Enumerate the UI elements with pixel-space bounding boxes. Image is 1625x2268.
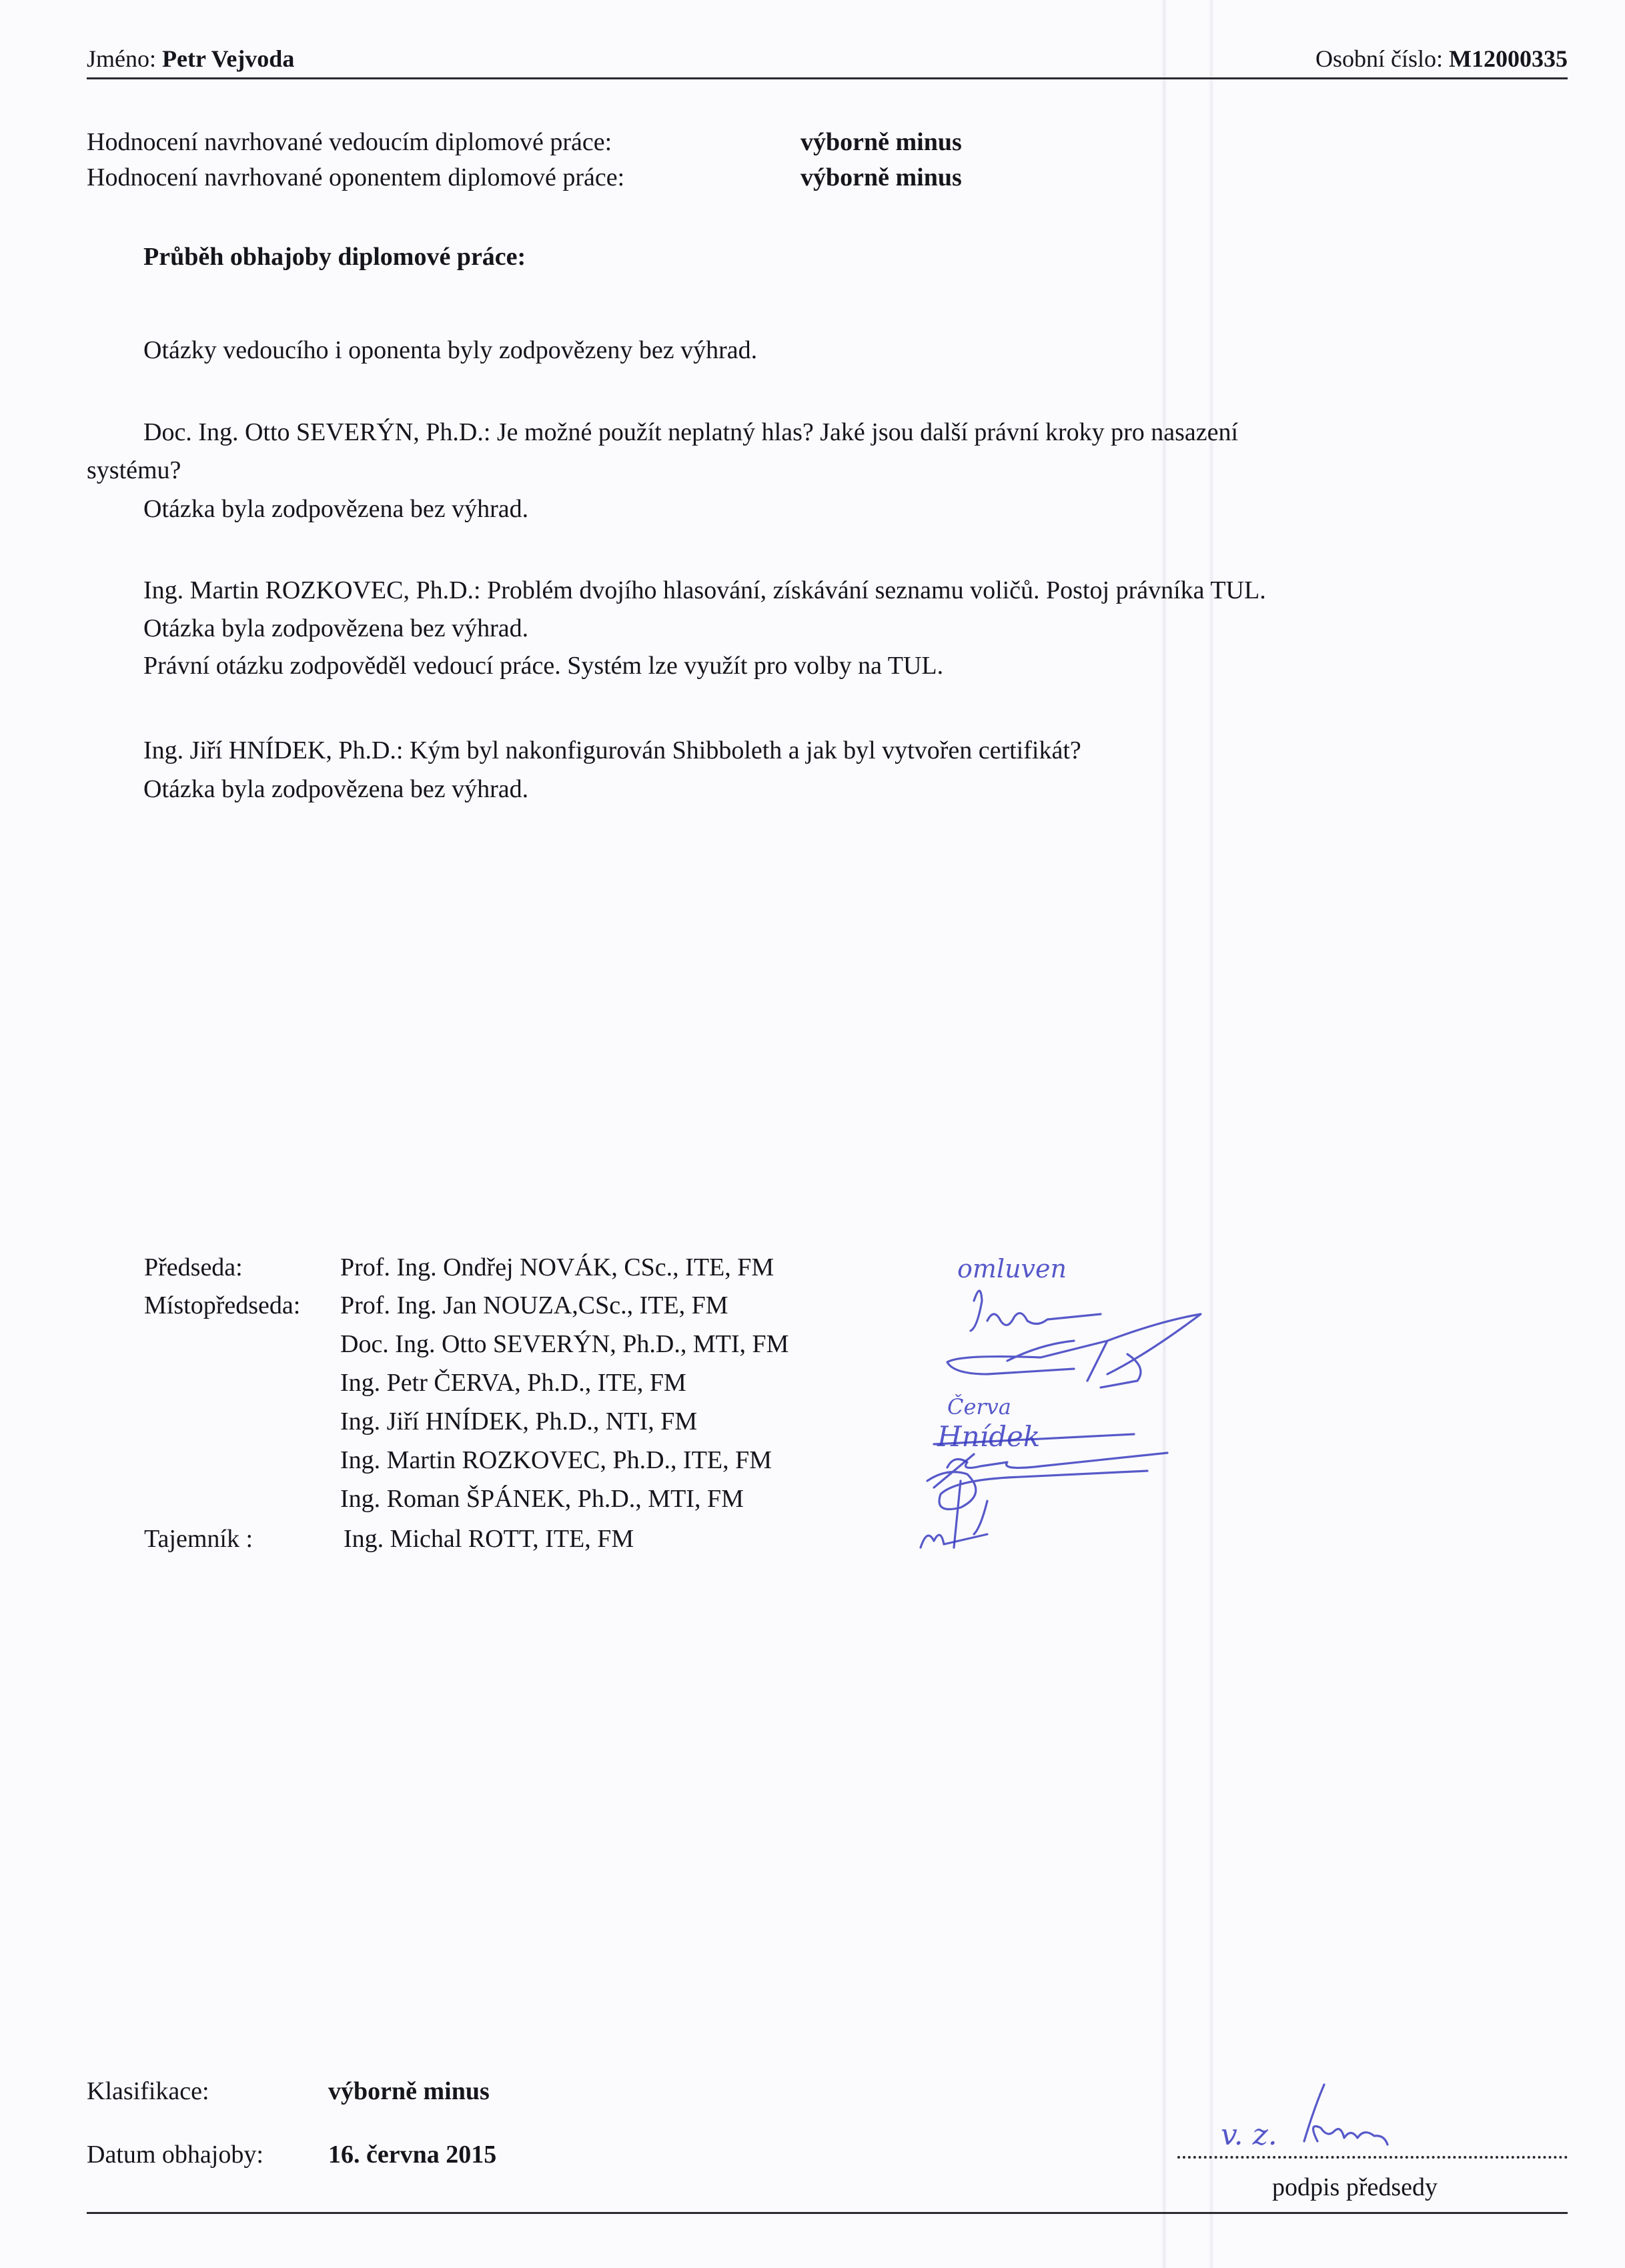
classification-value: výborně minus	[328, 2079, 490, 2104]
handwritten-note-cerva: Červa	[947, 1394, 1011, 1420]
defense-answer: Otázka byla zodpovězena bez výhrad.	[143, 496, 528, 522]
supervisor-rating-value: výborně minus	[800, 129, 962, 155]
committee-member: Doc. Ing. Otto SEVERÝN, Ph.D., MTI, FM	[340, 1331, 788, 1357]
student-id-label: Osobní číslo:	[1315, 45, 1443, 72]
chair-label: Předseda:	[144, 1255, 243, 1280]
defense-date-value: 16. června 2015	[328, 2142, 496, 2167]
chair-signature: v. z.	[1221, 2081, 1461, 2155]
student-id-value: M12000335	[1449, 45, 1568, 72]
signature-proxy-note: v. z.	[1221, 2118, 1277, 2152]
classification-label: Klasifikace:	[87, 2079, 209, 2104]
defense-heading: Průběh obhajoby diplomové práce:	[143, 244, 526, 269]
committee-member: Ing. Petr ČERVA, Ph.D., ITE, FM	[340, 1370, 686, 1395]
handwritten-note-excused: omluven	[957, 1254, 1067, 1283]
supervisor-rating-label: Hodnocení navrhované vedoucím diplomové …	[87, 129, 612, 155]
opponent-rating-value: výborně minus	[800, 165, 962, 190]
defense-question-severyn-cont: systému?	[87, 458, 181, 483]
secretary-label: Tajemník :	[144, 1526, 253, 1552]
committee-member: Prof. Ing. Jan NOUZA,CSc., ITE, FM	[340, 1293, 728, 1318]
committee-member: Prof. Ing. Ondřej NOVÁK, CSc., ITE, FM	[340, 1255, 774, 1280]
student-id-field: Osobní číslo: M12000335	[1315, 47, 1568, 71]
defense-answer: Otázka byla zodpovězena bez výhrad.	[143, 616, 528, 641]
signature-line	[1177, 2156, 1568, 2159]
committee-member: Ing. Michal ROTT, ITE, FM	[344, 1526, 634, 1552]
defense-line: Otázky vedoucího i oponenta byly zodpově…	[143, 338, 757, 363]
document-page: Jméno: Petr Vejvoda Osobní číslo: M12000…	[0, 0, 1625, 2268]
handwritten-note-hnidek: Hnídek	[937, 1420, 1040, 1453]
defense-question-rozkovec: Ing. Martin ROZKOVEC, Ph.D.: Problém dvo…	[143, 578, 1266, 603]
header-rule	[87, 77, 1568, 79]
student-name-label: Jméno:	[87, 45, 156, 72]
committee-signatures: omluven Červa Hnídek	[907, 1214, 1214, 1561]
defense-question-severyn: Doc. Ing. Otto SEVERÝN, Ph.D.: Je možné …	[143, 420, 1238, 445]
vice-chair-label: Místopředseda:	[144, 1293, 300, 1318]
defense-answer: Otázka byla zodpovězena bez výhrad.	[143, 776, 528, 802]
student-name-field: Jméno: Petr Vejvoda	[87, 47, 294, 71]
signature-caption: podpis předsedy	[1272, 2175, 1438, 2200]
opponent-rating-label: Hodnocení navrhované oponentem diplomové…	[87, 165, 624, 190]
defense-question-hnidek: Ing. Jiří HNÍDEK, Ph.D.: Kým byl nakonfi…	[143, 738, 1081, 763]
footer-rule	[87, 2212, 1568, 2214]
committee-member: Ing. Martin ROZKOVEC, Ph.D., ITE, FM	[340, 1448, 772, 1473]
committee-member: Ing. Roman ŠPÁNEK, Ph.D., MTI, FM	[340, 1486, 744, 1512]
defense-legal-note: Právní otázku zodpověděl vedoucí práce. …	[143, 653, 943, 678]
committee-member: Ing. Jiří HNÍDEK, Ph.D., NTI, FM	[340, 1409, 697, 1434]
student-name-value: Petr Vejvoda	[162, 45, 294, 72]
defense-date-label: Datum obhajoby:	[87, 2142, 263, 2167]
